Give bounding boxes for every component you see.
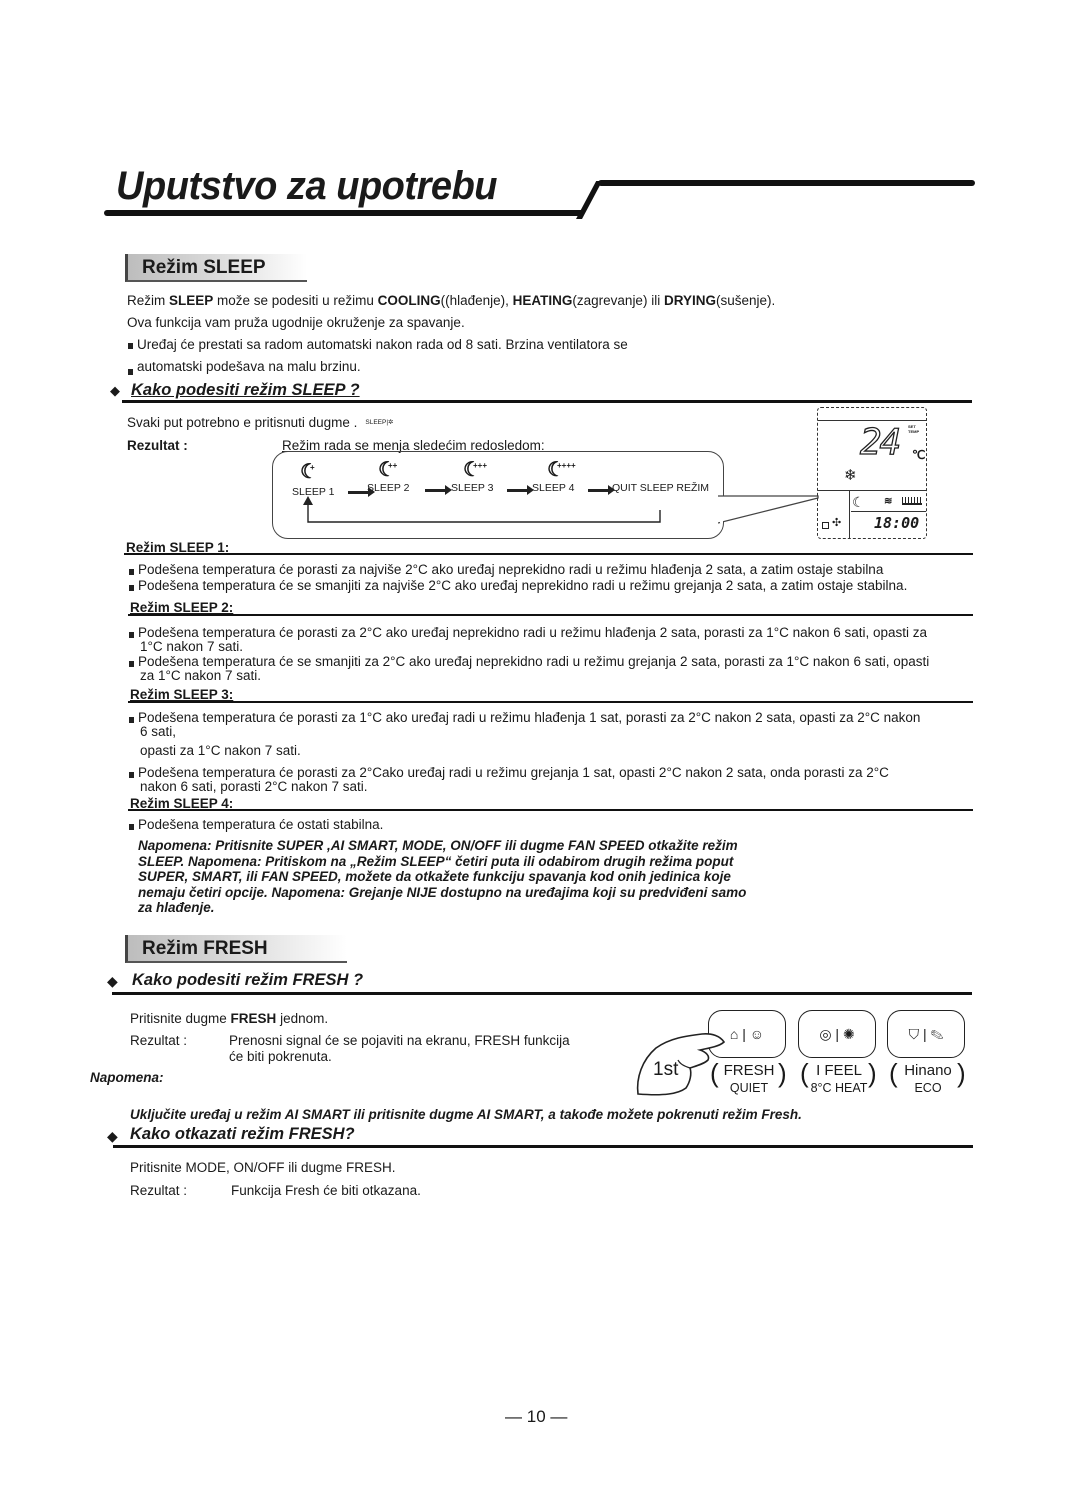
sleep-mode-bullet: Podešena temperatura će ostati stabilna. xyxy=(129,816,383,833)
sleep-mode-bullet-cont: nakon 6 sati, porasti 2°C nakon 7 sati. xyxy=(140,778,368,795)
note-line: Napomena: Pritisnite SUPER ,AI SMART, MO… xyxy=(138,837,738,854)
intro-run: može se podesiti u režimu xyxy=(213,293,377,308)
sleep-mode-bullet-cont: za 1°C nakon 7 sati. xyxy=(140,667,261,684)
intro-run: (sušenje). xyxy=(716,293,775,308)
lcd-divider xyxy=(849,490,850,538)
sleep-mode-bullet: Podešena temperatura će porasti za 2°C a… xyxy=(129,624,927,641)
bullet-text: Podešena temperatura će ostati stabilna. xyxy=(138,817,383,832)
dash: — xyxy=(550,1407,567,1426)
quit-sleep-label: QUIT SLEEP REŽIM xyxy=(612,482,709,494)
fresh-note-text: Uključite uređaj u režim AI SMART ili pr… xyxy=(130,1106,802,1123)
shield-icon spray-icon: ⛉ | ✎ xyxy=(909,1026,944,1042)
heading-rule xyxy=(112,992,972,995)
star-icon: + xyxy=(310,458,315,478)
section-title-fresh: Režim FRESH xyxy=(125,935,347,963)
lcd-temperature: 24 xyxy=(860,422,899,463)
note-line: nemaju četiri opcije. Napomena: Grejanje… xyxy=(138,884,746,901)
moon-four-stars-icon: ☾++++ xyxy=(547,460,565,480)
lcd-display: SET TEMP 24 ℃ ❄ ☾ ≋ 18:00 ✣ xyxy=(817,407,927,539)
result-label: Rezultat : xyxy=(130,1182,187,1199)
sleep-step-label: SLEEP 3 xyxy=(451,482,493,494)
intro-run: HEATING xyxy=(513,293,573,308)
moon-icon: ☾ xyxy=(852,494,865,511)
bullet-text: 1°C nakon 7 sati. xyxy=(140,639,243,654)
sleep-step-label: SLEEP 4 xyxy=(532,482,574,494)
bullet-icon xyxy=(129,772,134,778)
star-icon: +++ xyxy=(473,456,487,476)
note-label: Napomena: xyxy=(90,1069,164,1086)
intro-run: DRYING xyxy=(664,293,716,308)
lcd-time: 18:00 xyxy=(874,514,919,532)
header-rule xyxy=(104,210,584,216)
bullet-text: nakon 6 sati, porasti 2°C nakon 7 sati. xyxy=(140,779,368,794)
bullet-text: 6 sati, xyxy=(140,724,176,739)
heading-how-to-sleep: Kako podesiti režim SLEEP ? xyxy=(131,381,360,400)
arrow-head xyxy=(527,485,534,495)
page-number-value: 10 xyxy=(527,1407,546,1426)
celsius-unit: ℃ xyxy=(912,448,925,462)
button-label-bottom: 8°C HEAT xyxy=(810,1081,868,1095)
note-line: za hlađenje. xyxy=(138,899,215,916)
mode-rule xyxy=(128,701,973,703)
bullet-icon xyxy=(128,343,133,349)
sleep-intro-bullet: automatski podešava na malu brzinu. xyxy=(128,358,361,375)
arrow-head xyxy=(445,485,452,495)
result-label: Rezultat : xyxy=(130,1032,187,1049)
fresh-press-instruction: Pritisnite dugme FRESH jednom. xyxy=(130,1010,328,1027)
arrow-right-icon xyxy=(348,491,370,494)
remote-button-i-feel[interactable]: ◎ | ✺ xyxy=(798,1010,876,1058)
moon-three-stars-icon: ☾+++ xyxy=(463,460,481,480)
bullet-icon xyxy=(129,824,134,830)
result-text: Funkcija Fresh će biti otkazana. xyxy=(231,1182,421,1199)
result-label: Rezultat : xyxy=(127,437,188,454)
button-label-top: Hinano xyxy=(899,1064,957,1078)
sleep-button-icon: SLEEP|✲ xyxy=(365,419,393,426)
lcd-divider xyxy=(818,490,926,491)
house-leaf-icon quiet-face-icon: ⌂ | ☺ xyxy=(730,1026,764,1042)
callout-pointer xyxy=(718,495,820,525)
person-signal-icon sun-heat-icon: ◎ | ✺ xyxy=(819,1026,854,1042)
sleep-intro-bullet: Uređaj će prestati sa radom automatski n… xyxy=(128,336,628,353)
heading-how-to-fresh: Kako podesiti režim FRESH ? xyxy=(132,971,363,990)
bullet-text: za 1°C nakon 7 sati. xyxy=(140,668,261,683)
page-number: — 10 — xyxy=(505,1407,567,1427)
press-button-name: FRESH xyxy=(231,1011,277,1026)
button-label-bottom: ECO xyxy=(899,1081,957,1095)
bullet-text: automatski podešava na malu brzinu. xyxy=(137,359,361,374)
fan-icon: ✣ xyxy=(832,516,841,529)
intro-run: COOLING xyxy=(378,293,441,308)
sleep-intro-line1: Režim SLEEP može se podesiti u režimu CO… xyxy=(127,292,775,309)
mode-rule xyxy=(128,809,973,811)
lcd-divider xyxy=(851,511,926,512)
mode-rule xyxy=(124,553,973,555)
bracket-right: ) xyxy=(778,1058,787,1089)
set-temp-label: SET TEMP xyxy=(908,424,926,434)
moon-one-star-icon: ☾+ xyxy=(300,462,318,482)
sleep-intro-line2: Ova funkcija vam pruža ugodnije okruženj… xyxy=(127,314,465,331)
button-label-top: I FEEL xyxy=(810,1064,868,1078)
sleep-mode-extra-line: opasti za 1°C nakon 7 sati. xyxy=(140,742,301,759)
hand-pointer-icon xyxy=(634,1030,734,1098)
diamond-bullet-icon: ◆ xyxy=(107,1128,118,1145)
bullet-text: Podešena temperatura će porasti za 1°C a… xyxy=(138,710,920,725)
note-line: SUPER, SMART, ili FAN SPEED, možete da o… xyxy=(138,868,731,885)
press-text: jednom. xyxy=(276,1011,328,1026)
bullet-icon xyxy=(129,717,134,723)
swing-icon: ≋ xyxy=(884,496,892,507)
intro-run: (zagrevanje) ili xyxy=(572,293,664,308)
sleep-mode-bullet: Podešena temperatura će porasti za 1°C a… xyxy=(129,709,920,726)
return-loop-arrow xyxy=(300,496,670,526)
press-count-badge: 1st xyxy=(653,1059,678,1081)
bracket-right: ) xyxy=(868,1058,877,1089)
intro-run: SLEEP xyxy=(169,293,213,308)
intro-run: ((hlađenje), xyxy=(441,293,513,308)
section-title-sleep: Režim SLEEP xyxy=(125,254,307,282)
arrow-right-icon xyxy=(588,489,610,492)
bullet-text: Uređaj će prestati sa radom automatski n… xyxy=(137,337,628,352)
press-text: Pritisnite dugme xyxy=(130,1011,231,1026)
square-icon xyxy=(822,522,829,529)
dash: — xyxy=(505,1407,522,1426)
arrow-right-icon xyxy=(425,489,447,492)
mode-rule xyxy=(128,614,973,616)
bullet-text: Podešena temperatura će porasti za najvi… xyxy=(138,562,883,577)
star-icon: ++ xyxy=(388,456,397,476)
callout-joint xyxy=(720,497,723,523)
result-text: Prenosni signal će se pojaviti na ekranu… xyxy=(229,1032,570,1049)
sleep-mode-bullet: Podešena temperatura će porasti za najvi… xyxy=(129,561,883,578)
remote-button-hinano[interactable]: ⛉ | ✎ xyxy=(887,1010,965,1058)
bracket-right: ) xyxy=(957,1058,966,1089)
star-icon: ++++ xyxy=(557,456,576,476)
bracket-left: ( xyxy=(800,1058,809,1089)
moon-two-stars-icon: ☾++ xyxy=(378,460,396,480)
sleep-press-instruction: Svaki put potrebno e pritisnuti dugme .S… xyxy=(127,414,394,431)
intro-run: Režim xyxy=(127,293,169,308)
cancel-instruction: Pritisnite MODE, ON/OFF ili dugme FRESH. xyxy=(130,1159,396,1176)
header-rule-upper xyxy=(598,180,975,186)
fan-speed-icon xyxy=(902,497,922,505)
bullet-icon xyxy=(129,632,134,638)
heading-rule xyxy=(113,1145,973,1148)
bullet-icon xyxy=(129,661,134,667)
sleep-mode-bullet: Podešena temperatura će se smanjiti za n… xyxy=(129,577,907,594)
snowflake-icon: ❄ xyxy=(844,466,857,484)
press-text: Svaki put potrebno e pritisnuti dugme . xyxy=(127,415,357,430)
bullet-text: Podešena temperatura će porasti za 2°C a… xyxy=(138,625,927,640)
arrow-right-icon xyxy=(507,489,529,492)
heading-rule xyxy=(122,400,972,403)
diamond-bullet-icon: ◆ xyxy=(107,973,118,990)
bullet-icon xyxy=(128,369,133,375)
bracket-left: ( xyxy=(889,1058,898,1089)
page-title: Uputstvo za upotrebu xyxy=(116,164,497,209)
bullet-icon xyxy=(129,569,134,575)
header-rule-slash xyxy=(576,181,602,219)
note-line: SLEEP. Napomena: Pritiskom na „Režim SLE… xyxy=(138,853,733,870)
diamond-bullet-icon: ◆ xyxy=(110,383,120,399)
bullet-icon xyxy=(129,585,134,591)
heading-cancel-fresh: Kako otkazati režim FRESH? xyxy=(130,1125,355,1144)
sleep-mode-bullet-cont: 6 sati, xyxy=(140,723,176,740)
result-text: će biti pokrenuta. xyxy=(229,1048,332,1065)
bullet-text: Podešena temperatura će se smanjiti za n… xyxy=(138,578,907,593)
lcd-divider xyxy=(818,420,926,421)
